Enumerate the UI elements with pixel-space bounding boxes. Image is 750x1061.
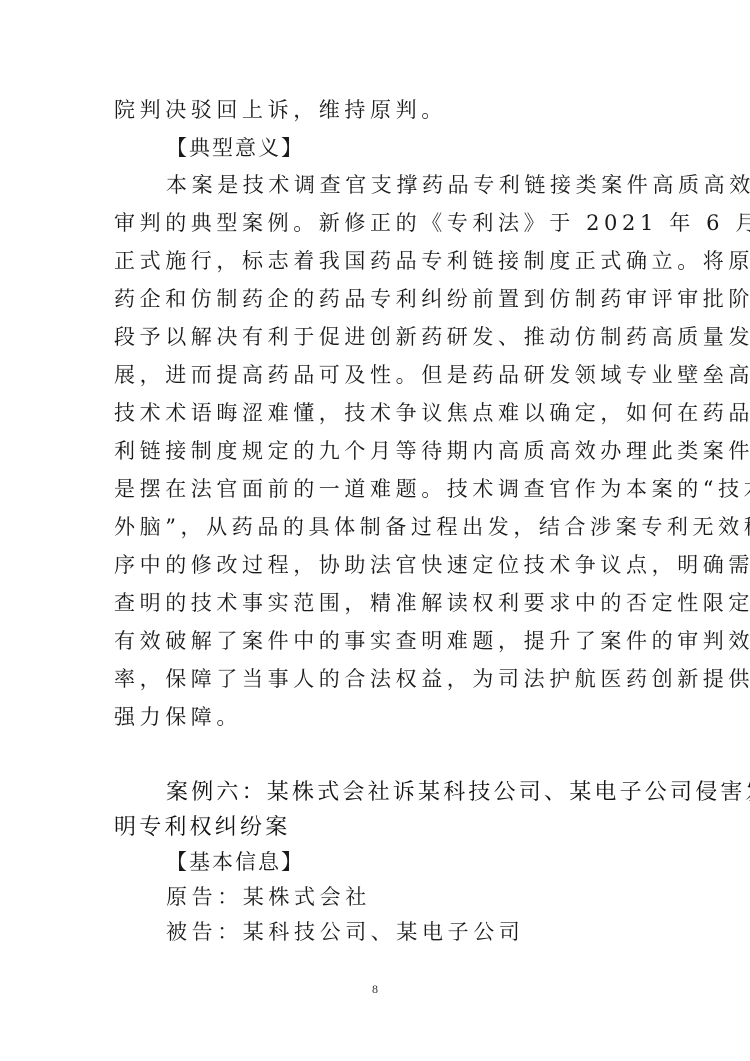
paragraph-line: 序中的修改过程，协助法官快速定位技术争议点，明确需要 [114, 550, 644, 580]
paragraph-line: 率，保障了当事人的合法权益，为司法护航医药创新提供了 [114, 664, 644, 694]
paragraph-line: 正式施行，标志着我国药品专利链接制度正式确立。将原研 [114, 246, 644, 276]
section-heading-typical-significance: 【典型意义】 [166, 133, 696, 163]
paragraph-line: 是摆在法官面前的一道难题。技术调查官作为本案的“技术 [114, 474, 644, 504]
paragraph-line: 强力保障。 [114, 702, 644, 732]
paragraph-line: 利链接制度规定的九个月等待期内高质高效办理此类案件 [114, 436, 644, 466]
paragraph-line: 院判决驳回上诉，维持原判。 [114, 95, 644, 125]
defendant-line: 被告：某科技公司、某电子公司 [166, 917, 696, 947]
case-title: 案例六：某株式会社诉某科技公司、某电子公司侵害发 [166, 778, 696, 808]
paragraph-line: 本案是技术调查官支撑药品专利链接类案件高质高效 [166, 170, 696, 200]
document-page: 院判决驳回上诉，维持原判。 【典型意义】 本案是技术调查官支撑药品专利链接类案件… [0, 0, 750, 1061]
paragraph-line: 审判的典型案例。新修正的《专利法》于 2021 年 6 月 1 日 [114, 208, 644, 238]
case-title-continued: 明专利权纠纷案 [114, 813, 644, 843]
paragraph-line: 展，进而提高药品可及性。但是药品研发领域专业壁垒高， [114, 360, 644, 390]
page-number: 8 [365, 982, 385, 997]
paragraph-line: 外脑”，从药品的具体制备过程出发，结合涉案专利无效程 [114, 512, 644, 542]
section-heading-basic-info: 【基本信息】 [166, 847, 696, 877]
plaintiff-line: 原告：某株式会社 [166, 882, 696, 912]
paragraph-line: 技术术语晦涩难懂，技术争议焦点难以确定，如何在药品专 [114, 398, 644, 428]
paragraph-line: 有效破解了案件中的事实查明难题，提升了案件的审判效 [114, 626, 644, 656]
paragraph-line: 查明的技术事实范围，精准解读权利要求中的否定性限定， [114, 588, 644, 618]
paragraph-line: 段予以解决有利于促进创新药研发、推动仿制药高质量发 [114, 322, 644, 352]
paragraph-line: 药企和仿制药企的药品专利纠纷前置到仿制药审评审批阶 [114, 284, 644, 314]
